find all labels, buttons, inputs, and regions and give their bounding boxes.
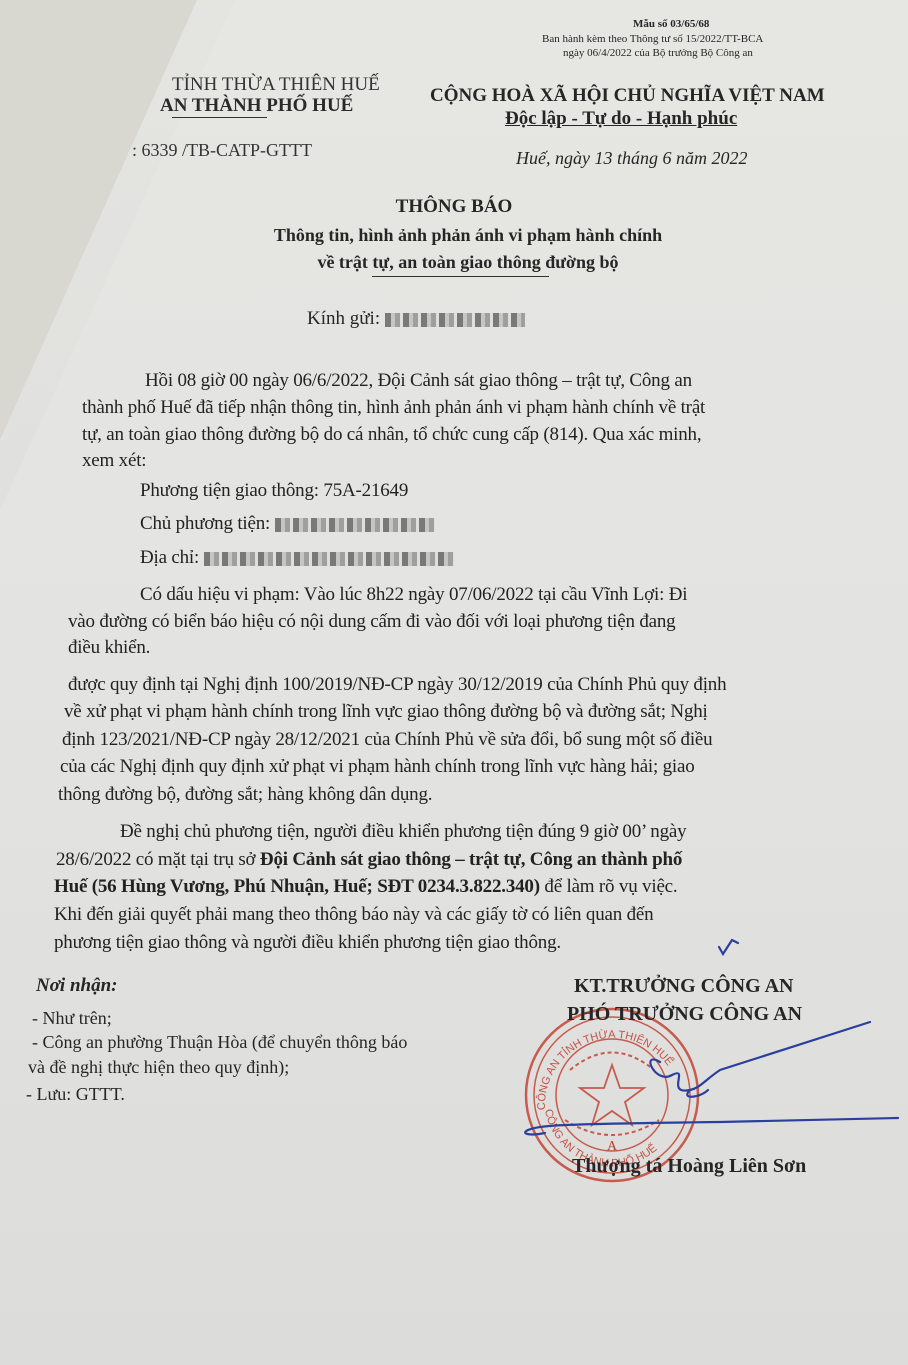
signer-name: Thượng tá Hoàng Liên Sơn	[572, 1155, 806, 1178]
svg-text:A: A	[607, 1139, 618, 1154]
signature-title-2: PHÓ TRƯỞNG CÔNG AN	[567, 1003, 802, 1026]
